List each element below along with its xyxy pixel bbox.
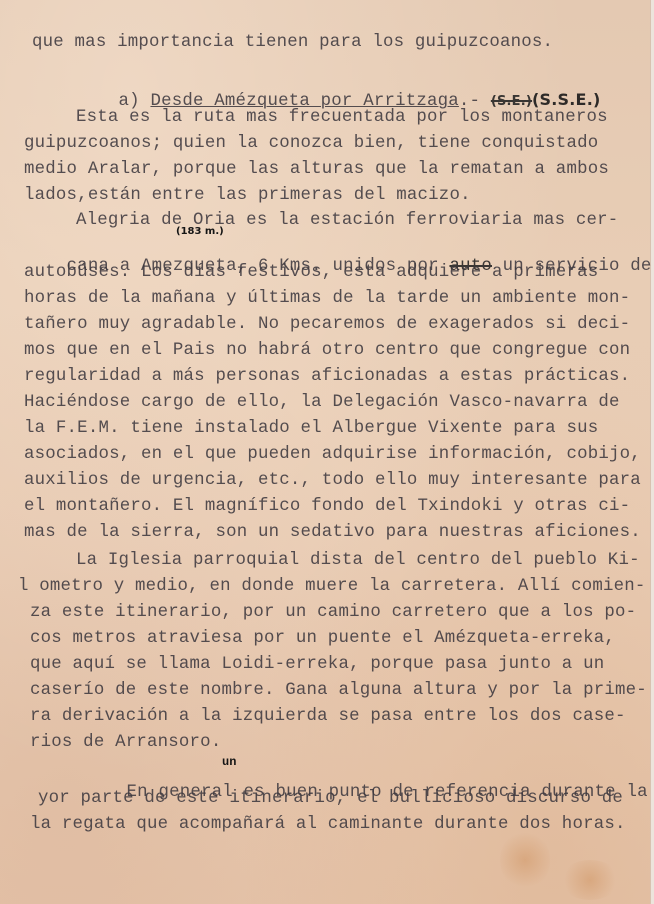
text-line: mas de la sierra, son un sedativo para n… (24, 523, 641, 543)
text-line: la F.E.M. tiene instalado el Albergue Vi… (24, 419, 598, 439)
text-line: za este itinerario, por un camino carret… (30, 603, 636, 623)
text-line: yor parte de este itinerario, el bullici… (38, 789, 623, 809)
text-line: autobúses. Los días festivos, esta adqui… (24, 263, 598, 283)
text-line: que aquí se llama Loidi-erreka, porque p… (30, 655, 604, 675)
paper-stain (500, 830, 550, 890)
text-line: La Iglesia parroquial dista del centro d… (76, 551, 640, 571)
text-line: tañero muy agradable. No pecaremos de ex… (24, 315, 630, 335)
text-line: Alegria de Oria es la estación ferroviar… (76, 211, 618, 231)
text-line: Esta es la ruta mas frecuentada por los … (76, 108, 608, 128)
text-line: horas de la mañana y últimas de la tarde… (24, 289, 630, 309)
text-line: auxilios de urgencia, etc., todo ello mu… (24, 471, 641, 491)
text-line: Haciéndose cargo de ello, la Delegación … (24, 393, 620, 413)
text-line: mos que en el Pais no habrá otro centro … (24, 341, 630, 361)
text-line: rios de Arransoro. (30, 733, 221, 753)
text-line: medio Aralar, porque las alturas que la … (24, 160, 609, 180)
text-line: regularidad a más personas aficionadas a… (24, 367, 630, 387)
text-line: ra derivación a la izquierda se pasa ent… (30, 707, 626, 727)
struck-orientation-note: (S.E.) (491, 94, 532, 109)
handwritten-orientation-note: (S.S.E.) (532, 90, 600, 109)
text-line: la regata que acompañará al caminante du… (30, 815, 626, 835)
text-line: que mas importancia tienen para los guip… (32, 33, 553, 53)
text-line: l ometro y medio, en donde muere la carr… (18, 577, 646, 597)
typewritten-page: que mas importancia tienen para los guip… (0, 0, 651, 904)
text-line: cos metros atraviesa por un puente el Am… (30, 629, 615, 649)
paper-stain (560, 860, 620, 900)
text-line: caserío de este nombre. Gana alguna altu… (30, 681, 647, 701)
text-line: asociados, en el que pueden adquirise in… (24, 445, 641, 465)
text-line: guipuzcoanos; quien la conozca bien, tie… (24, 134, 598, 154)
altitude-annotation: (183 m.) (176, 226, 224, 237)
text-line: lados,están entre las primeras del maciz… (24, 186, 471, 206)
text-line: el montañero. El magnífico fondo del Txi… (24, 497, 630, 517)
